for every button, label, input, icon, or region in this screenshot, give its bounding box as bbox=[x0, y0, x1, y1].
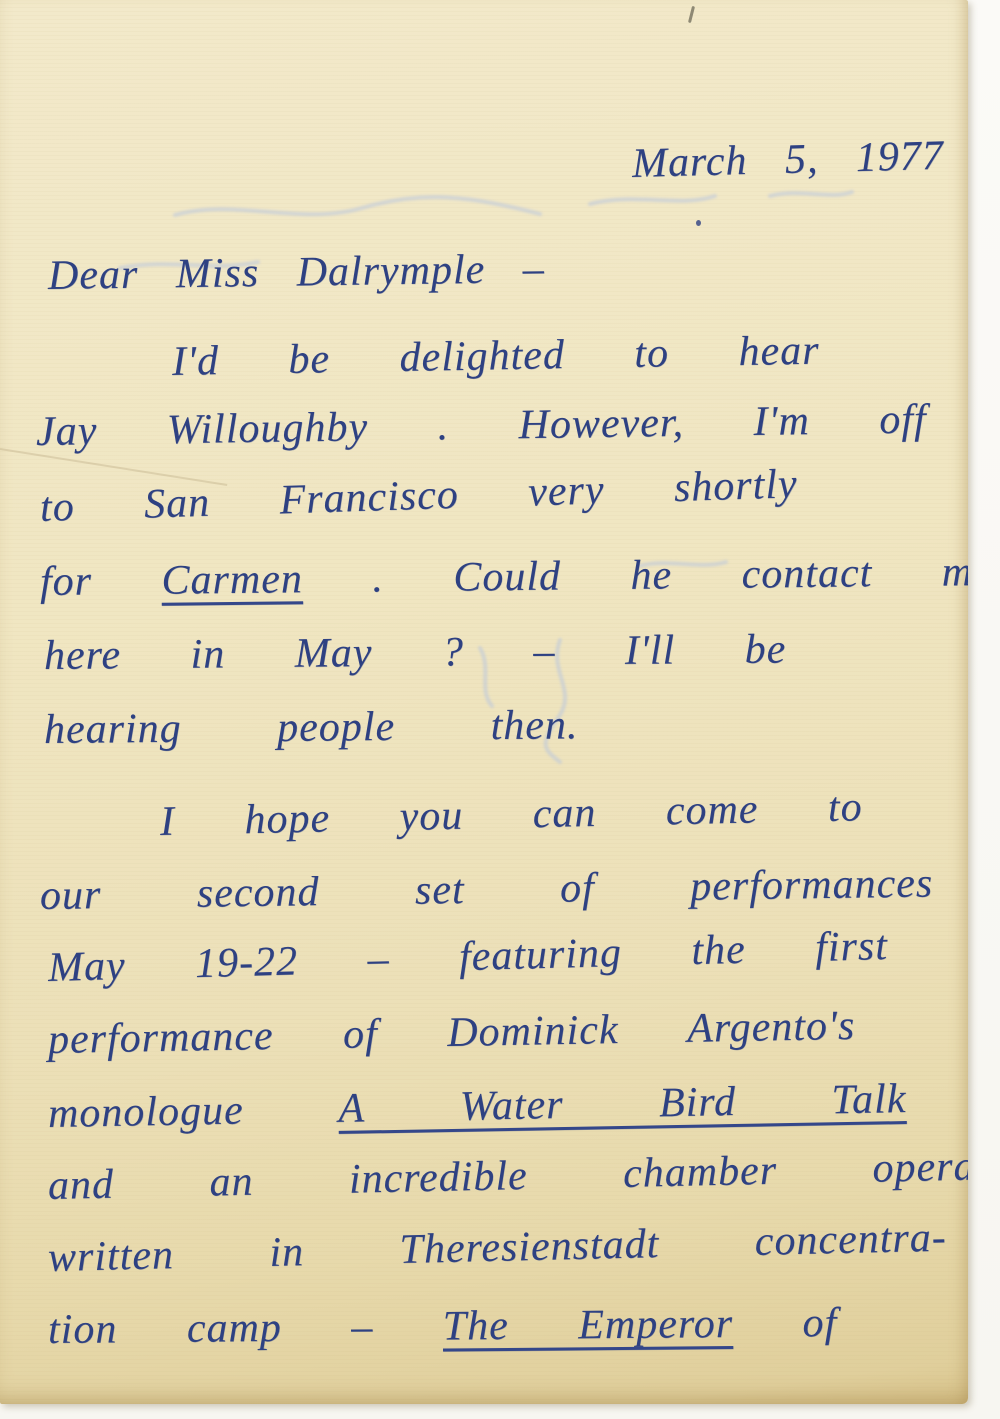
body-text: . Could he contact me bbox=[303, 549, 968, 602]
underlined-title: Carmen bbox=[161, 556, 303, 603]
body-line: monologue A Water Bird Talk bbox=[48, 1075, 907, 1138]
body-text: for bbox=[40, 558, 162, 605]
body-line: performance of Dominick Argento's bbox=[48, 1002, 856, 1064]
body-text: monologue bbox=[48, 1086, 339, 1137]
body-line: I hope you can come to bbox=[159, 783, 863, 846]
underlined-title: A Water Bird Talk bbox=[338, 1076, 907, 1132]
salutation-line: Dear Miss Dalrymple – bbox=[48, 245, 545, 300]
body-line: Jay Willoughby . However, I'm off bbox=[36, 396, 927, 456]
body-text: performance of Dominick Argento's bbox=[48, 1003, 856, 1063]
body-text: here in May ? – I'll be bbox=[44, 627, 787, 679]
salutation-text: Dear Miss Dalrymple – bbox=[48, 246, 545, 299]
body-line: to San Francisco very shortly bbox=[39, 460, 798, 532]
date-text: March 5, 1977 bbox=[631, 133, 944, 187]
ink-speck bbox=[696, 220, 701, 226]
body-text: of bbox=[733, 1300, 838, 1347]
body-text: hearing people then. bbox=[44, 702, 579, 753]
body-text: and an incredible chamber opera bbox=[48, 1144, 968, 1209]
body-text: our second set of performances bbox=[40, 861, 934, 919]
body-line: hearing people then. bbox=[44, 701, 579, 754]
body-text: I'd be delighted to hear bbox=[172, 328, 820, 385]
body-text: I hope you can come to bbox=[160, 784, 864, 845]
ink-speck bbox=[688, 6, 695, 23]
body-line: May 19-22 – featuring the first bbox=[47, 922, 888, 992]
body-line: our second set of performances bbox=[40, 860, 934, 920]
body-line: tion camp – The Emperor of bbox=[48, 1299, 838, 1354]
body-text: tion camp – bbox=[48, 1304, 443, 1353]
letter-page: March 5, 1977 Dear Miss Dalrymple – I'd … bbox=[0, 0, 968, 1404]
body-line: here in May ? – I'll be bbox=[44, 626, 787, 680]
underlined-title: The Emperor bbox=[443, 1301, 734, 1350]
body-text: written in Theresienstadt concentra- bbox=[47, 1215, 947, 1281]
body-line: and an incredible chamber opera bbox=[47, 1143, 968, 1210]
body-line: for Carmen . Could he contact me bbox=[40, 548, 968, 606]
body-text: Jay Willoughby . However, I'm off bbox=[36, 397, 927, 455]
body-line: written in Theresienstadt concentra- bbox=[47, 1214, 947, 1282]
date-line: March 5, 1977 bbox=[631, 132, 944, 188]
body-text: May 19-22 – featuring the first bbox=[47, 923, 888, 991]
body-line: I'd be delighted to hear bbox=[172, 327, 820, 386]
